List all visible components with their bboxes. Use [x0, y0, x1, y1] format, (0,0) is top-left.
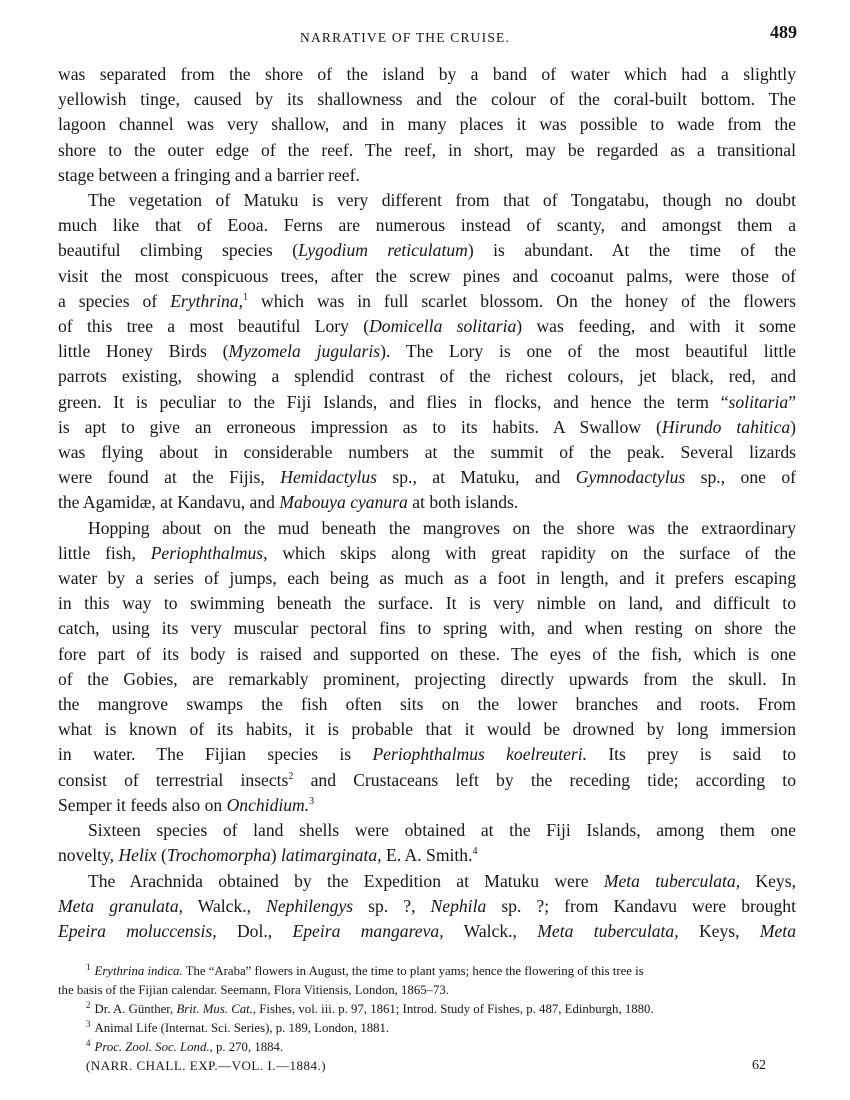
text-line: what is known of its habits, it is proba… — [58, 717, 796, 742]
species-name: Periophthalmus koelreuteri. — [372, 744, 587, 764]
text-line: in this way to swimming beneath the surf… — [58, 591, 796, 616]
footnote-2: 2Dr. A. Günther, Brit. Mus. Cat., Fishes… — [58, 1000, 796, 1019]
footnote-mark: 1 — [86, 962, 91, 972]
text-line: much like that of Eooa. Ferns are numero… — [58, 213, 796, 238]
running-title: NARRATIVE OF THE CRUISE. — [300, 30, 510, 46]
species-name: Gymnodactylus — [576, 467, 685, 487]
text-line: of this tree a most beautiful Lory (Domi… — [58, 314, 796, 339]
paragraph-start-land-shells: Sixteen species of land shells were obta… — [58, 818, 796, 843]
species-name: solitaria — [729, 392, 789, 412]
text-line: green. It is peculiar to the Fiji Island… — [58, 390, 796, 415]
species-name: Meta — [760, 921, 796, 941]
text-line: catch, using its very muscular pectoral … — [58, 616, 796, 641]
text-line: were found at the Fijis, Hemidactylus sp… — [58, 465, 796, 490]
text-line: Meta granulata, Walck., Nephilengys sp. … — [58, 894, 796, 919]
text-line: Epeira moluccensis, Dol., Epeira mangare… — [58, 919, 796, 944]
text-line: was flying about in considerable numbers… — [58, 440, 796, 465]
signature-line: (NARR. CHALL. EXP.—VOL. I.—1884.) 62 — [0, 1058, 850, 1082]
text-line: of the Gobies, are remarkably prominent,… — [58, 667, 796, 692]
species-name: Nephilengys — [266, 896, 353, 916]
text-line: beautiful climbing species (Lygodium ret… — [58, 238, 796, 263]
species-name: Meta tuberculata, — [537, 921, 678, 941]
species-name: Meta granulata, — [58, 896, 183, 916]
species-name: Domicella solitaria — [369, 316, 516, 336]
footnote-4: 4Proc. Zool. Soc. Lond., p. 270, 1884. — [58, 1038, 796, 1057]
footnote-ref: 3 — [309, 796, 314, 807]
species-name: Hirundo tahitica — [662, 417, 790, 437]
running-head: NARRATIVE OF THE CRUISE. 489 — [0, 22, 850, 52]
text-line: stage between a fringing and a barrier r… — [58, 163, 796, 188]
text-line: a species of Erythrina,1 which was in fu… — [58, 289, 796, 314]
footnote-1-continued: the basis of the Fijian calendar. Seeman… — [58, 981, 796, 1000]
footnote-mark: 2 — [86, 1000, 91, 1010]
species-name: Lygodium reticulatum — [298, 240, 468, 260]
species-name: Epeira mangareva, — [292, 921, 443, 941]
species-name: Onchidium. — [227, 795, 310, 815]
text-line: novelty, Helix (Trochomorpha) latimargin… — [58, 843, 796, 868]
species-name: Trochomorpha — [167, 845, 271, 865]
text-line: lagoon channel was very shallow, and in … — [58, 112, 796, 137]
species-name: Hemidactylus — [280, 467, 377, 487]
text-line: little Honey Birds (Myzomela jugularis).… — [58, 339, 796, 364]
species-name: Helix — [118, 845, 156, 865]
species-name: Meta tuberculata, — [604, 871, 740, 891]
footnotes: 1Erythrina indica. The “Araba” flowers i… — [58, 962, 796, 1057]
text-line: fore part of its body is raised and supp… — [58, 642, 796, 667]
footnote-mark: 3 — [86, 1019, 91, 1029]
paragraph-start-vegetation: The vegetation of Matuku is very differe… — [58, 188, 796, 213]
footnote-3: 3Animal Life (Internat. Sci. Series), p.… — [58, 1019, 796, 1038]
footnote-1: 1Erythrina indica. The “Araba” flowers i… — [58, 962, 796, 981]
text-line: shore to the outer edge of the reef. The… — [58, 138, 796, 163]
species-name: Erythrina, — [170, 291, 243, 311]
species-name: latimarginata, — [281, 845, 382, 865]
species-name: Periophthalmus, — [151, 543, 268, 563]
footnote-ref: 4 — [472, 846, 477, 857]
text-line: is apt to give an erroneous impression a… — [58, 415, 796, 440]
species-name: Myzomela jugularis — [229, 341, 381, 361]
signature-mark: 62 — [752, 1058, 766, 1074]
text-line: parrots existing, showing a splendid con… — [58, 364, 796, 389]
text-line: was separated from the shore of the isla… — [58, 62, 796, 87]
text-line: little fish, Periophthalmus, which skips… — [58, 541, 796, 566]
text-line: yellowish tinge, caused by its shallowne… — [58, 87, 796, 112]
footnote-mark: 4 — [86, 1038, 91, 1048]
species-name: Nephila — [431, 896, 487, 916]
body-text: was separated from the shore of the isla… — [58, 62, 796, 944]
paragraph-start-arachnida: The Arachnida obtained by the Expedition… — [58, 869, 796, 894]
text-line: consist of terrestrial insects2 and Crus… — [58, 768, 796, 793]
text-line: the Agamidæ, at Kandavu, and Mabouya cya… — [58, 490, 796, 515]
text-line: in water. The Fijian species is Periopht… — [58, 742, 796, 767]
text-line: visit the most conspicuous trees, after … — [58, 264, 796, 289]
page-number: 489 — [770, 22, 797, 43]
volume-signature: (NARR. CHALL. EXP.—VOL. I.—1884.) — [86, 1058, 326, 1074]
text-line: water by a series of jumps, each being a… — [58, 566, 796, 591]
species-name: Mabouya cyanura — [279, 492, 408, 512]
species-name: Epeira moluccensis, — [58, 921, 217, 941]
paragraph-start-periophthalmus: Hopping about on the mud beneath the man… — [58, 516, 796, 541]
text-line: Semper it feeds also on Onchidium.3 — [58, 793, 796, 818]
text-line: the mangrove swamps the fish often sits … — [58, 692, 796, 717]
